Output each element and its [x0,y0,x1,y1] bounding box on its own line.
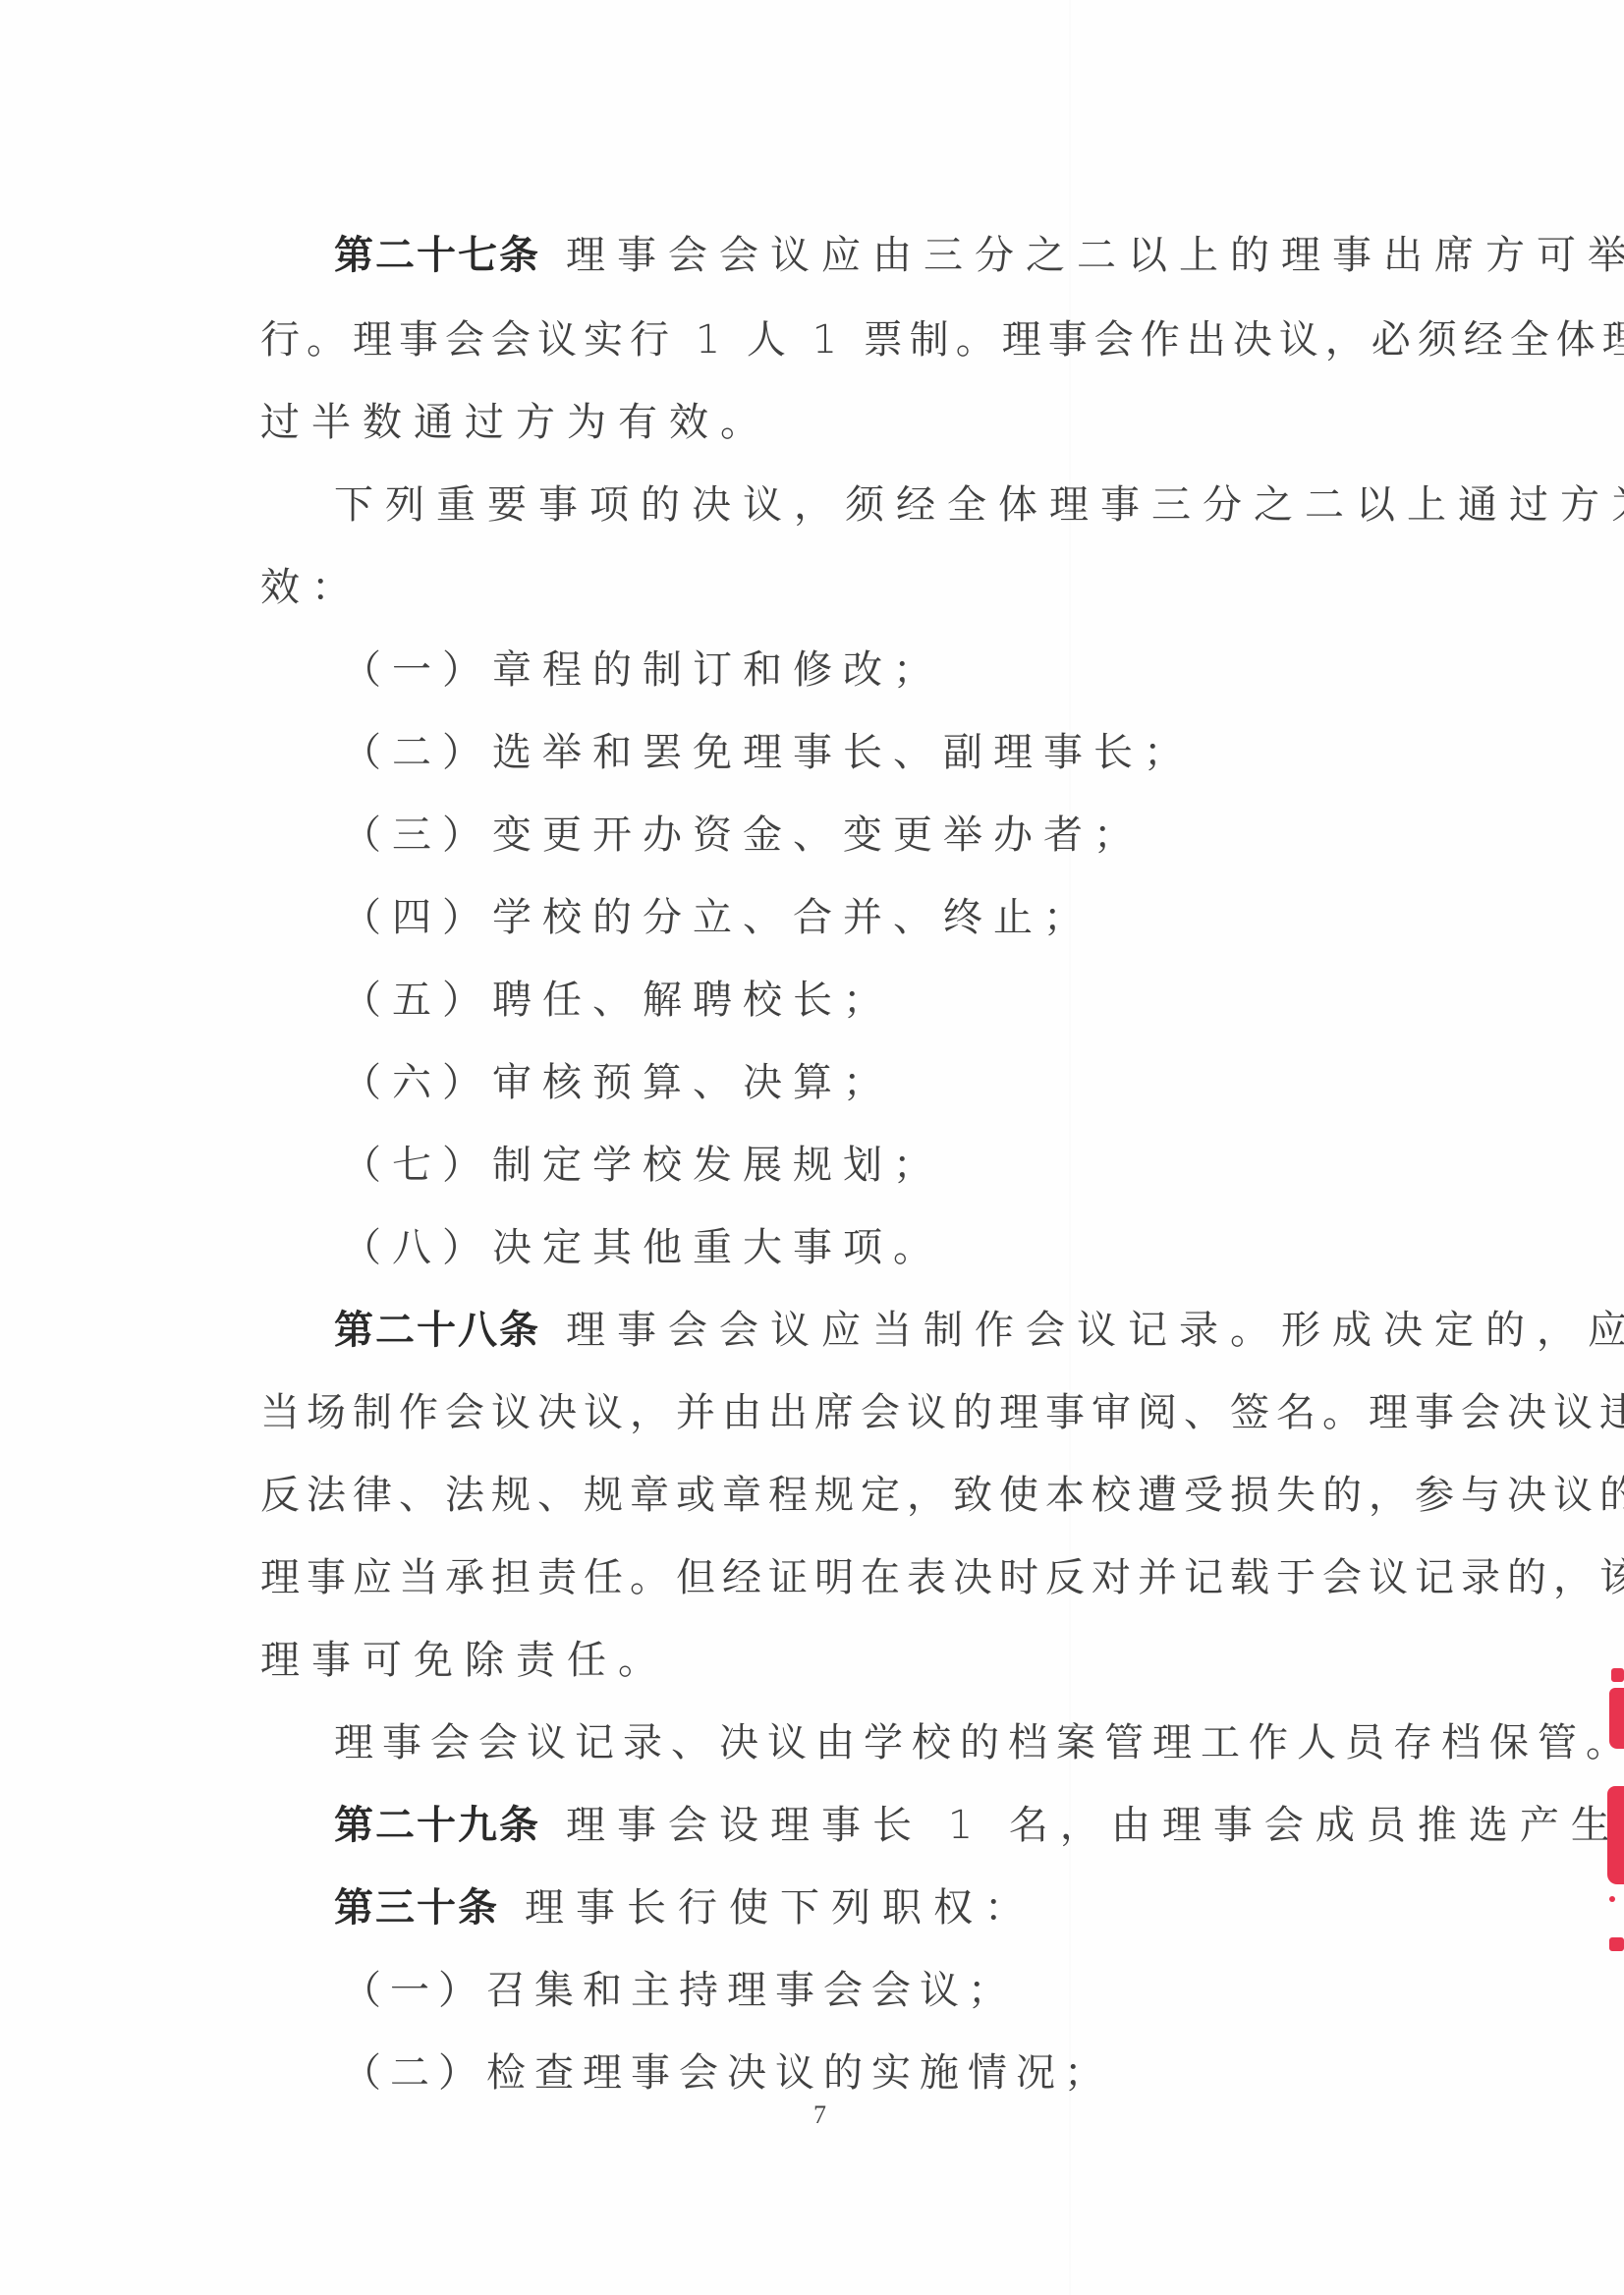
article-27-line-3: 过半数通过方为有效。 [260,399,1380,446]
article-28-line-1: 第二十八条理事会会议应当制作会议记录。形成决定的，应当 [334,1307,1454,1354]
article-text: 理事会会议应当制作会议记录。形成决定的，应当 [566,1308,1624,1353]
list-item: （七）制定学校发展规划； [342,1142,1462,1189]
article-27-line-1: 第二十七条理事会会议应由三分之二以上的理事出席方可举 [334,232,1454,279]
article-29-line-1: 第二十九条理事会设理事长 1 名，由理事会成员推选产生。 [334,1802,1454,1849]
red-seal-fragment [1607,1660,1624,1955]
article-27-line-2: 行。理事会会议实行 1 人 1 票制。理事会作出决议，必须经全体理事 [260,316,1380,364]
list-item: （三）变更开办资金、变更举办者； [342,812,1462,859]
list-item: （二）检查理事会决议的实施情况； [342,2049,1462,2097]
list-item: （五）聘任、解聘校长； [342,977,1462,1024]
article-heading: 第三十条 [334,1885,499,1931]
paragraph-line: 效： [260,564,1380,611]
article-28-line-4: 理事应当承担责任。但经证明在表决时反对并记载于会议记录的，该 [260,1554,1380,1601]
document-page: 第二十七条理事会会议应由三分之二以上的理事出席方可举 行。理事会会议实行 1 人… [0,0,1624,2295]
paragraph-line: 理事会会议记录、决议由学校的档案管理工作人员存档保管。 [334,1719,1454,1766]
article-heading: 第二十七条 [334,233,540,278]
article-28-line-3: 反法律、法规、规章或章程规定，致使本校遭受损失的，参与决议的 [260,1472,1380,1519]
article-heading: 第二十八条 [334,1308,540,1353]
article-28-line-2: 当场制作会议决议，并由出席会议的理事审阅、签名。理事会决议违 [260,1389,1380,1436]
page-number: 7 [813,2100,826,2130]
list-item: （四）学校的分立、合并、终止； [342,894,1462,941]
article-text: 理事长行使下列职权： [525,1885,1036,1931]
list-item: （一）召集和主持理事会会议； [342,1967,1462,2014]
list-item: （二）选举和罢免理事长、副理事长； [342,729,1462,776]
list-item: （六）审核预算、决算； [342,1059,1462,1106]
article-28-line-5: 理事可免除责任。 [260,1637,1380,1684]
article-30-line-1: 第三十条理事长行使下列职权： [334,1884,1454,1931]
list-item: （一）章程的制订和修改； [342,646,1462,694]
list-item: （八）决定其他重大事项。 [342,1224,1462,1271]
article-heading: 第二十九条 [334,1803,540,1848]
article-text: 理事会会议应由三分之二以上的理事出席方可举 [566,233,1624,278]
article-text: 理事会设理事长 1 名，由理事会成员推选产生。 [566,1803,1624,1848]
paragraph-line: 下列重要事项的决议，须经全体理事三分之二以上通过方为有 [334,481,1454,529]
